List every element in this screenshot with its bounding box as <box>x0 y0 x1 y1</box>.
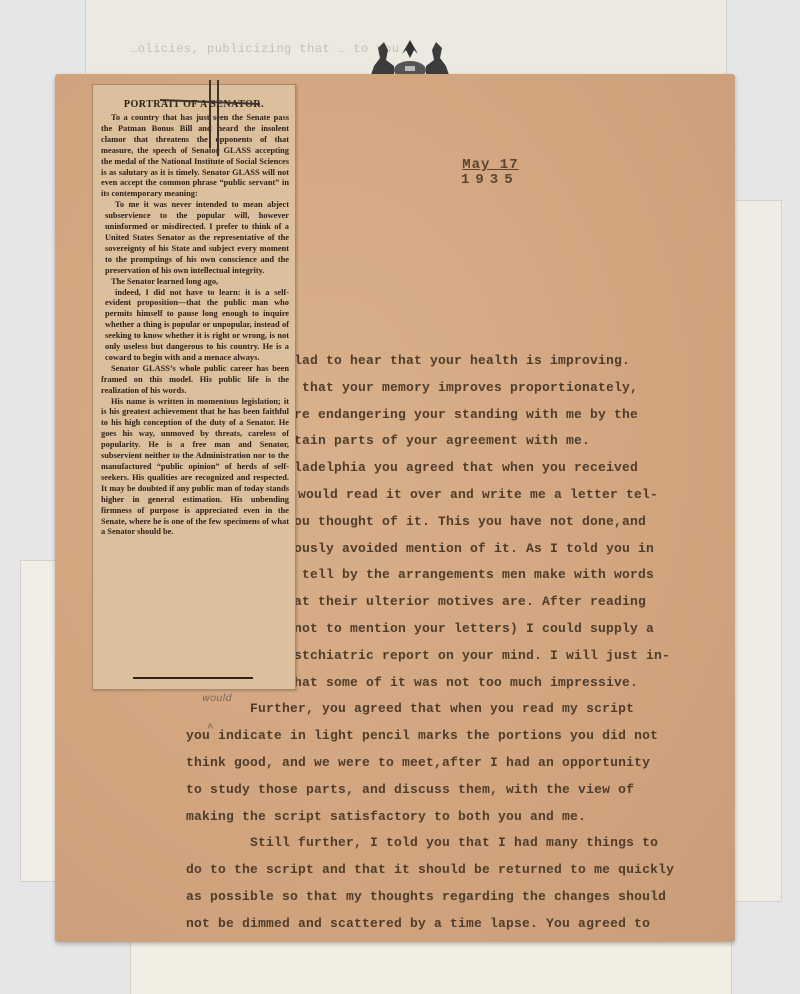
letter-line: hat their ulterior motives are. After re… <box>286 589 676 616</box>
pennsylvania-coat-of-arms-icon <box>360 36 460 78</box>
letter-line: think good, and we were to meet,after I … <box>186 750 676 777</box>
letter-line: to study those parts, and discuss them, … <box>186 777 676 804</box>
letter-line: are endangering your standing with me by… <box>286 402 676 429</box>
letter-line: not be dimmed and scattered by a time la… <box>186 911 676 938</box>
clipping-end-rule <box>133 677 253 679</box>
newspaper-clipping: PORTRAIT OF A SENATOR. To a country that… <box>92 84 296 690</box>
letter-line: Further, you agreed that when you read m… <box>186 696 676 723</box>
paperclip-icon <box>120 78 320 158</box>
clipping-paragraph: indeed, I did not have to learn: it is a… <box>101 288 289 364</box>
letter-line: pstchiatric report on your mind. I will … <box>286 643 676 670</box>
letter-line: iladelphia you agreed that when you rece… <box>286 455 676 482</box>
clipping-paragraph: Senator GLASS’s whole public career has … <box>101 364 289 397</box>
clipping-paragraph: His name is written in momentous legisla… <box>101 397 289 539</box>
pencil-caret: ^ <box>207 723 214 735</box>
letter-line: rtain parts of your agreement with me. <box>286 428 676 455</box>
letter-line: e that your memory improves proportionat… <box>286 375 676 402</box>
clipping-paragraph: To me it was never intended to mean abje… <box>101 200 289 276</box>
letter-line: making the script satisfactory to both y… <box>186 804 676 831</box>
letter-line: (not to mention your letters) I could su… <box>286 616 676 643</box>
date-month-day: May 17 <box>461 158 519 173</box>
letter-line: glad to hear that your health is improvi… <box>286 348 676 375</box>
letter-line: as possible so that my thoughts regardin… <box>186 884 676 911</box>
letter-line: iously avoided mention of it. As I told … <box>286 536 676 563</box>
letter-line: would read it over and write me a letter… <box>290 482 676 509</box>
date-year: 1935 <box>461 173 519 188</box>
clipping-paragraph: The Senator learned long ago, <box>101 277 289 288</box>
letter-date: May 17 1935 <box>461 158 519 188</box>
letter-line: do to the script and that it should be r… <box>186 857 676 884</box>
pencil-annotation: would <box>202 693 232 704</box>
letter-line: you thought of it. This you have not don… <box>286 509 676 536</box>
letter-line: that some of it was not too much impress… <box>286 670 676 697</box>
letter-line: n tell by the arrangements men make with… <box>286 562 676 589</box>
letter-line: you indicate in light pencil marks the p… <box>186 723 676 750</box>
letter-line: Still further, I told you that I had man… <box>186 830 676 857</box>
clipping-body: To a country that has just seen the Sena… <box>101 113 289 538</box>
